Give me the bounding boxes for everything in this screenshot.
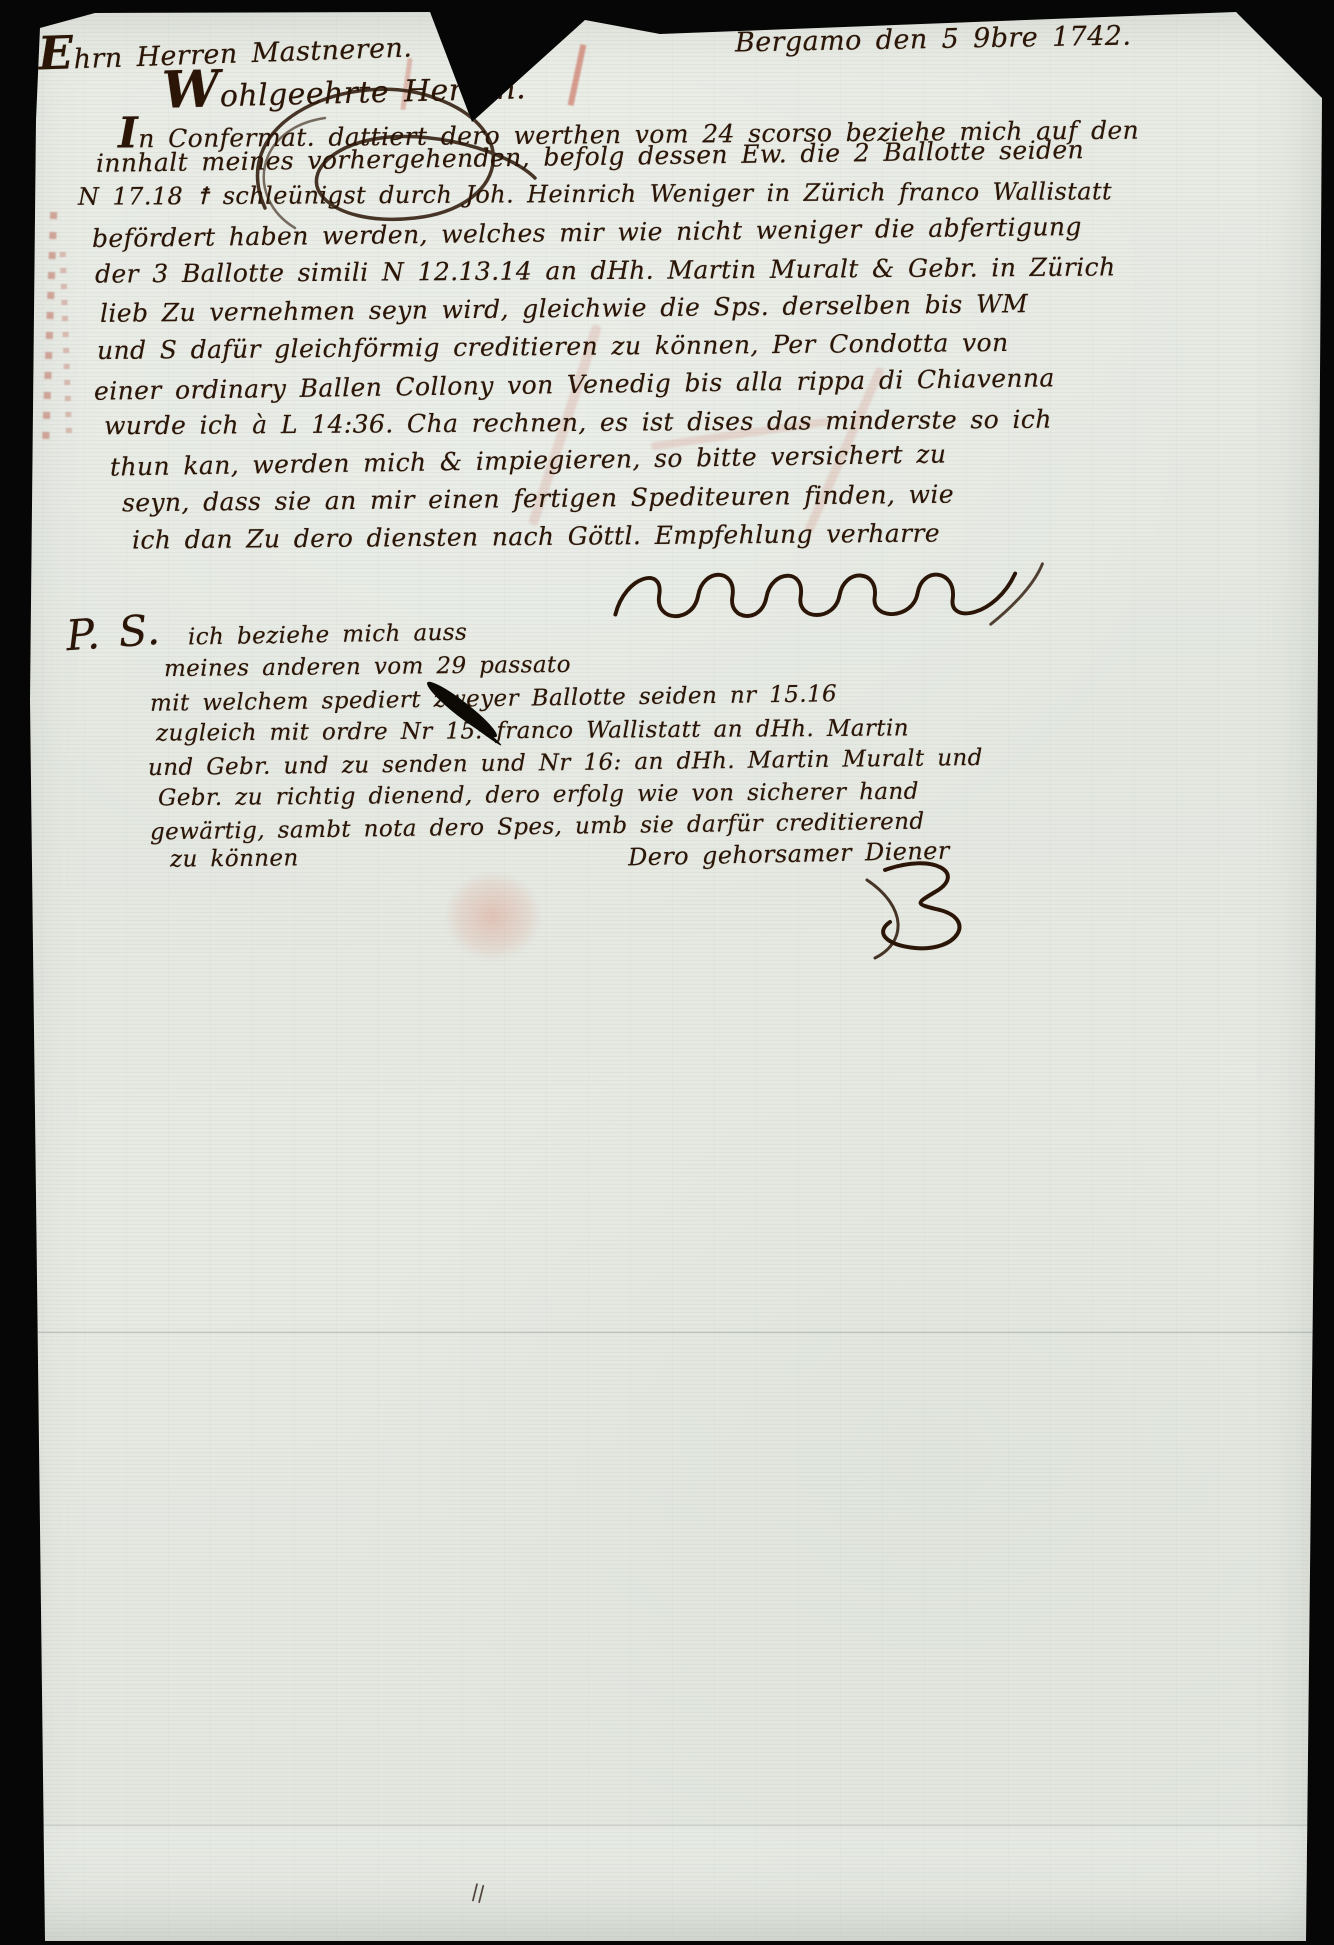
manuscript-line: N 17.18 ☨ schleünigst durch Joh. Heinric…	[78, 177, 1112, 210]
paraph-flourish	[845, 852, 1005, 962]
scan-background: Ehrn Herren Mastneren. Bergamo den 5 9br…	[0, 0, 1334, 1945]
manuscript-line: seyn, dass sie an mir einen fertigen Spe…	[122, 480, 954, 518]
postscript-line: zu können	[170, 845, 299, 872]
letter-page: Ehrn Herren Mastneren. Bergamo den 5 9br…	[0, 0, 1334, 1945]
manuscript-line: und S dafür gleichförmig creditieren zu …	[97, 328, 1009, 365]
fold-line-upper	[30, 1331, 1314, 1334]
signature-flourish	[600, 556, 1050, 634]
manuscript-line: wurde ich à L 14:36. Cha rechnen, es ist…	[104, 405, 1052, 441]
postscript-line: und Gebr. und zu senden und Nr 16: an dH…	[148, 745, 983, 781]
postscript-line: meines anderen vom 29 passato	[164, 652, 571, 682]
postscript-line: ich beziehe mich auss	[188, 620, 468, 651]
postscript-label: P. S.	[64, 605, 161, 660]
fold-line-lower	[30, 1824, 1314, 1827]
manuscript-line: der 3 Ballotte simili N 12.13.14 an dHh.…	[95, 252, 1116, 288]
lower-sheet-tone	[30, 1827, 1314, 1941]
postscript-line: zugleich mit ordre Nr 15: franco Wallist…	[156, 715, 909, 746]
postscript-line: Gebr. zu richtig dienend, dero erfolg wi…	[158, 779, 919, 812]
dateline: Bergamo den 5 9bre 1742.	[735, 21, 1132, 59]
seal-residue-left-1	[42, 212, 57, 452]
manuscript-line: thun kan, werden mich & impiegieren, so …	[110, 439, 947, 481]
paper-texture	[0, 0, 1334, 1945]
seal-residue-left-2	[60, 252, 73, 442]
wax-stain	[428, 856, 558, 976]
postscript-line: mit welchem spediert zweyer Ballotte sei…	[150, 681, 837, 717]
manuscript-line: ich dan Zu dero diensten nach Göttl. Emp…	[132, 518, 940, 554]
manuscript-line: lieb Zu vernehmen seyn wird, gleichwie d…	[100, 289, 1028, 328]
